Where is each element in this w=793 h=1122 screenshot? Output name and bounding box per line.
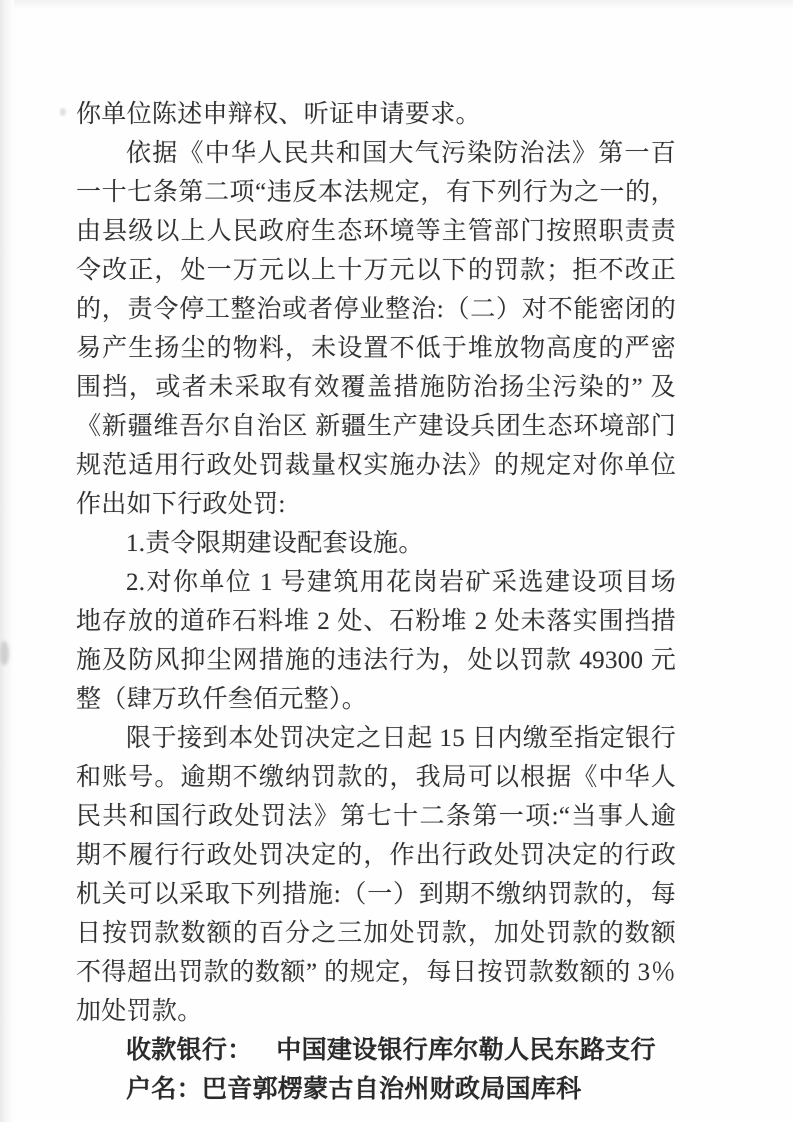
paragraph-2: 依据《中华人民共和国大气污染防治法》第一百一十七条第二项“违反本法规定，有下列行… (76, 134, 676, 524)
account-name-row-label: 户名： (126, 1076, 202, 1103)
paragraph-5: 限于接到本处罚决定之日起 15 日内缴至指定银行和账号。逾期不缴纳罚款的，我局可… (76, 719, 676, 1031)
paragraph-3: 1.责令限期建设配套设施。 (76, 524, 676, 563)
paragraph-list: 你单位陈述申辩权、听证申请要求。依据《中华人民共和国大气污染防治法》第一百一十七… (76, 95, 676, 1031)
account-name-row: 户名：巴音郭楞蒙古自治州财政局国库科 (76, 1070, 676, 1109)
paragraph-4: 2.对你单位 1 号建筑用花岗岩矿采选建设项目场地存放的道砟石料堆 2 处、石粉… (76, 563, 676, 719)
paragraph-1: 你单位陈述申辩权、听证申请要求。 (76, 95, 676, 134)
receiving-bank-row-value: 中国建设银行库尔勒人民东路支行 (276, 1037, 656, 1064)
payment-info: 收款银行：中国建设银行库尔勒人民东路支行户名：巴音郭楞蒙古自治州财政局国库科 (76, 1031, 676, 1109)
scanned-document-page: 你单位陈述申辩权、听证申请要求。依据《中华人民共和国大气污染防治法》第一百一十七… (0, 0, 793, 1122)
scan-left-edge (0, 0, 14, 1122)
scan-smudge (60, 108, 66, 116)
scan-top-edge (0, 0, 793, 10)
receiving-bank-row-label: 收款银行： (126, 1037, 253, 1064)
account-name-row-value: 巴音郭楞蒙古自治州财政局国库科 (202, 1076, 582, 1103)
document-body: 你单位陈述申辩权、听证申请要求。依据《中华人民共和国大气污染防治法》第一百一十七… (76, 95, 676, 1109)
scan-smudge (0, 641, 9, 665)
receiving-bank-row: 收款银行：中国建设银行库尔勒人民东路支行 (76, 1031, 676, 1070)
